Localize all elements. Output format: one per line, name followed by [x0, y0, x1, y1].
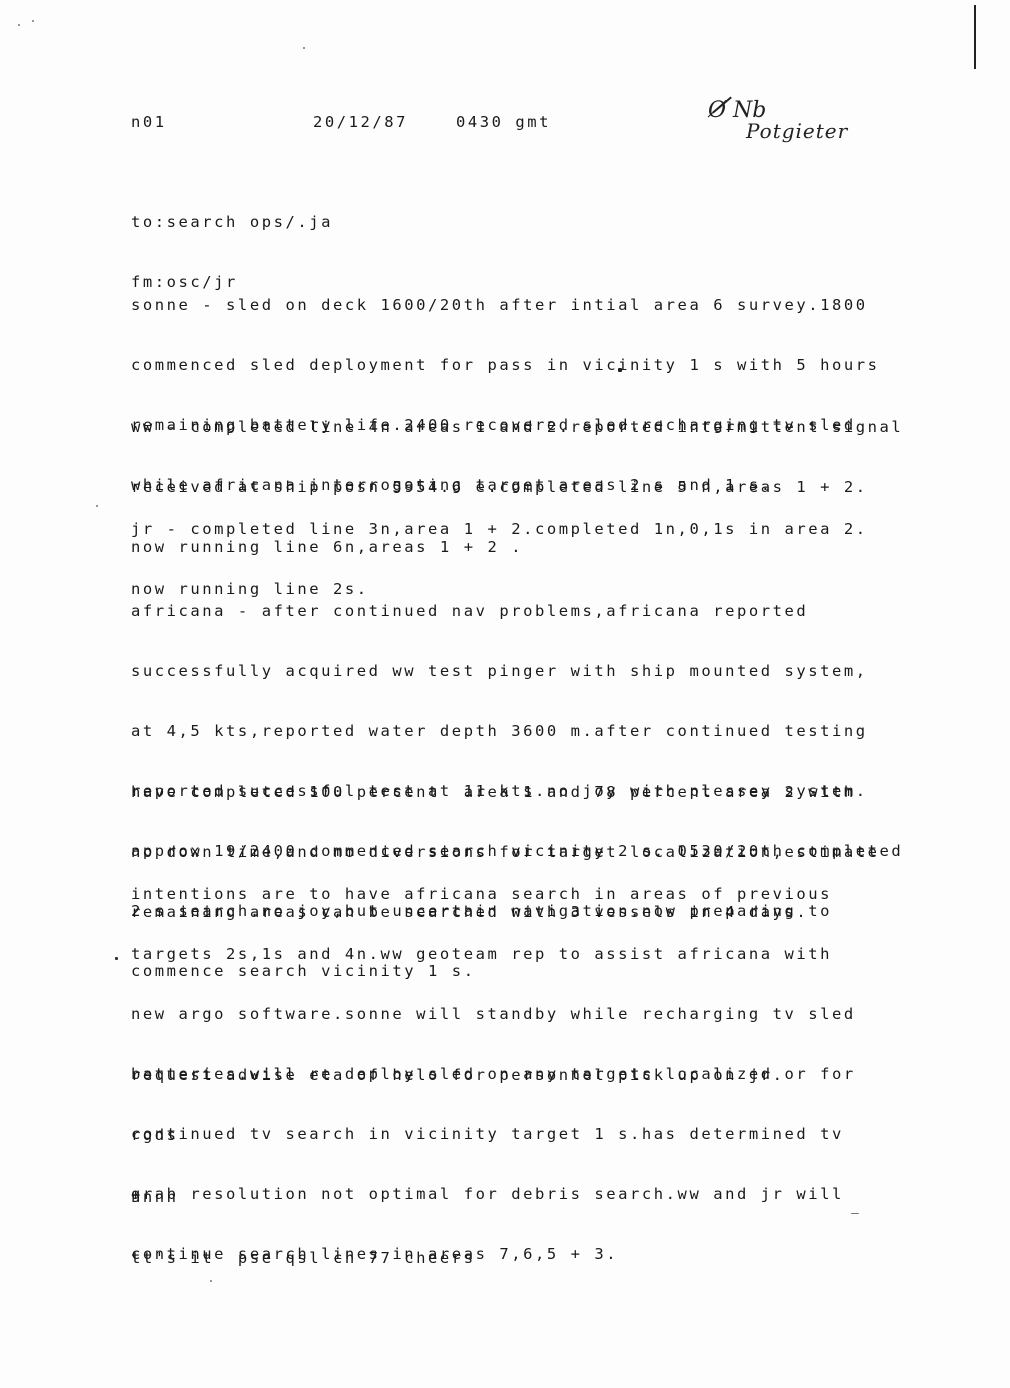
postscript: tt's it pse qsl ch 77 cheers	[131, 1248, 476, 1268]
paragraph-request: request advise eta of helo for personnel…	[131, 1025, 785, 1125]
text-line: jr - completed line 3n,area 1 + 2.comple…	[131, 519, 868, 539]
scan-speck	[18, 24, 20, 26]
scan-speck	[115, 957, 118, 960]
message-time: 0430 gmt	[456, 112, 551, 132]
telex-page: n01 20/12/87 0430 gmt Ø Nb Potgieter to:…	[0, 0, 1010, 1388]
scan-speck	[303, 47, 305, 49]
text-line: request advise eta of helo for personnel…	[131, 1065, 785, 1085]
text-line: intentions are to have africana search i…	[131, 884, 856, 904]
closing-block: rgds +	[131, 1085, 179, 1245]
message-id: n01	[131, 112, 167, 132]
scan-speck	[32, 20, 34, 22]
text-line: ww - completed line 4n areas 1 and 2.rep…	[131, 417, 903, 437]
message-date: 20/12/87	[313, 112, 408, 132]
text-line: sonne - sled on deck 1600/20th after int…	[131, 295, 880, 315]
text-line: successfully acquired ww test pinger wit…	[131, 661, 903, 681]
handwritten-note: Ø Nb Potgieter	[708, 98, 848, 143]
end-marker: nnnn	[131, 1187, 179, 1207]
margin-mark	[974, 5, 976, 69]
text-line: africana - after continued nav problems,…	[131, 601, 903, 621]
text-line: targets 2s,1s and 4n.ww geoteam rep to a…	[131, 944, 856, 964]
text-line: grab resolution not optimal for debris s…	[131, 1184, 856, 1204]
text-line: at 4,5 kts,reported water depth 3600 m.a…	[131, 721, 903, 741]
scan-speck	[96, 505, 98, 507]
text-line: continued tv search in vicinity target 1…	[131, 1124, 856, 1144]
to-line: to:search ops/.ja	[131, 212, 333, 232]
text-line: commenced sled deployment for pass in vi…	[131, 355, 880, 375]
text-line: new argo software.sonne will standby whi…	[131, 1004, 856, 1024]
regards-line: rgds	[131, 1125, 179, 1145]
handwritten-name: Potgieter	[746, 119, 848, 143]
text-line: have completed 100 percent area 1 and 78…	[131, 782, 880, 802]
